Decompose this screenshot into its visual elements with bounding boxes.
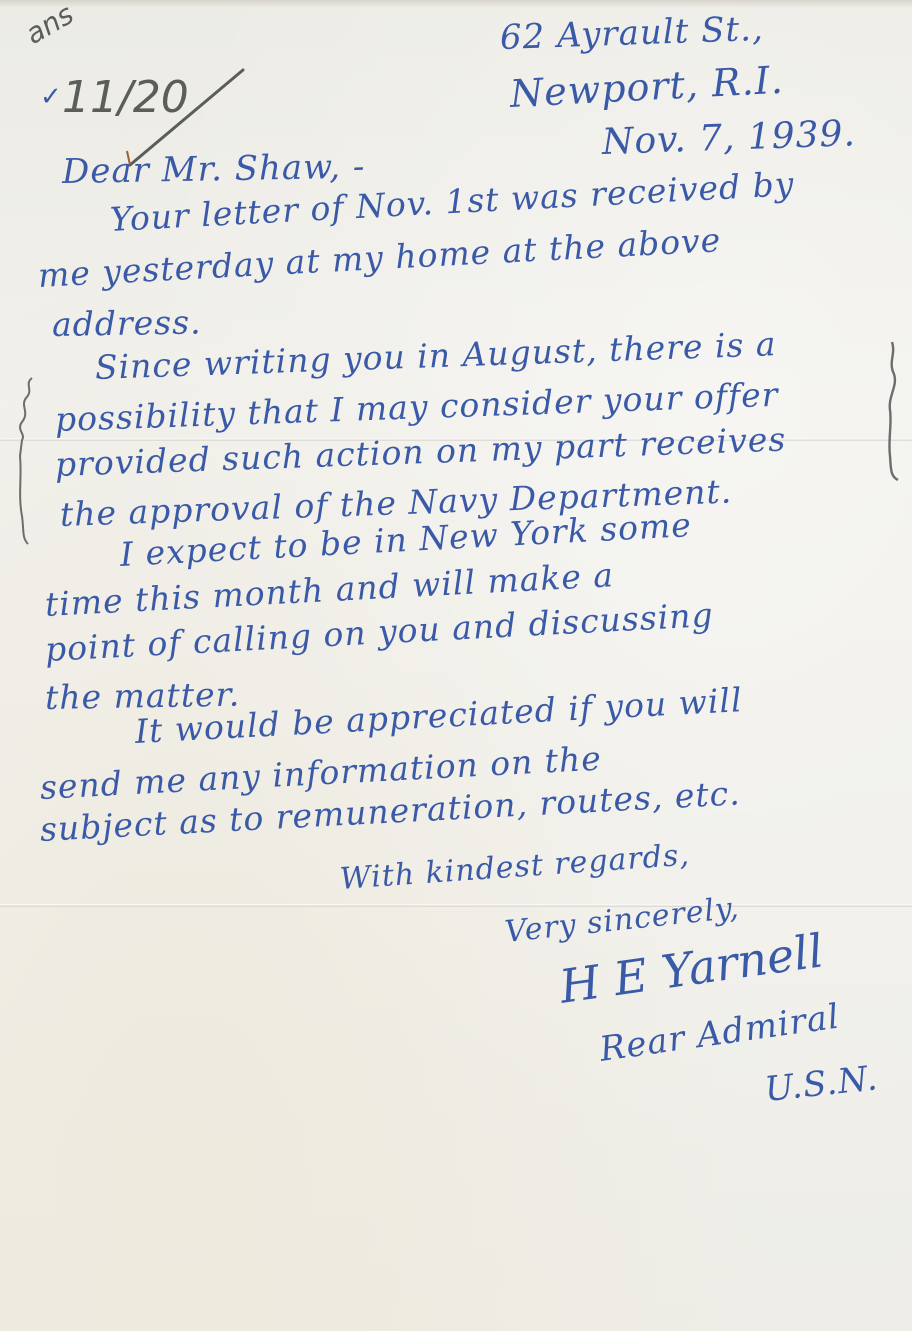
- letter-date: Nov. 7, 1939.: [601, 113, 856, 163]
- closing-regards: With kindest regards,: [339, 838, 691, 897]
- fold-crease-lower: [0, 904, 912, 907]
- margin-bracket-left-icon: [8, 376, 22, 546]
- address-street: 62 Ayrault St.,: [499, 9, 764, 58]
- paper-top-edge: [0, 0, 912, 8]
- body-line: address.: [52, 302, 202, 344]
- checkmark-icon: ✓: [40, 82, 62, 112]
- margin-bracket-right-icon: [878, 340, 892, 490]
- letter-page: ans 11/20 ✓ 62 Ayrault St., Newport, R.I…: [0, 0, 912, 1331]
- address-city: Newport, R.I.: [509, 58, 785, 116]
- salutation: Dear Mr. Shaw, -: [62, 147, 366, 192]
- signer-service: U.S.N.: [763, 1058, 880, 1110]
- signer-rank: Rear Admiral: [597, 997, 842, 1070]
